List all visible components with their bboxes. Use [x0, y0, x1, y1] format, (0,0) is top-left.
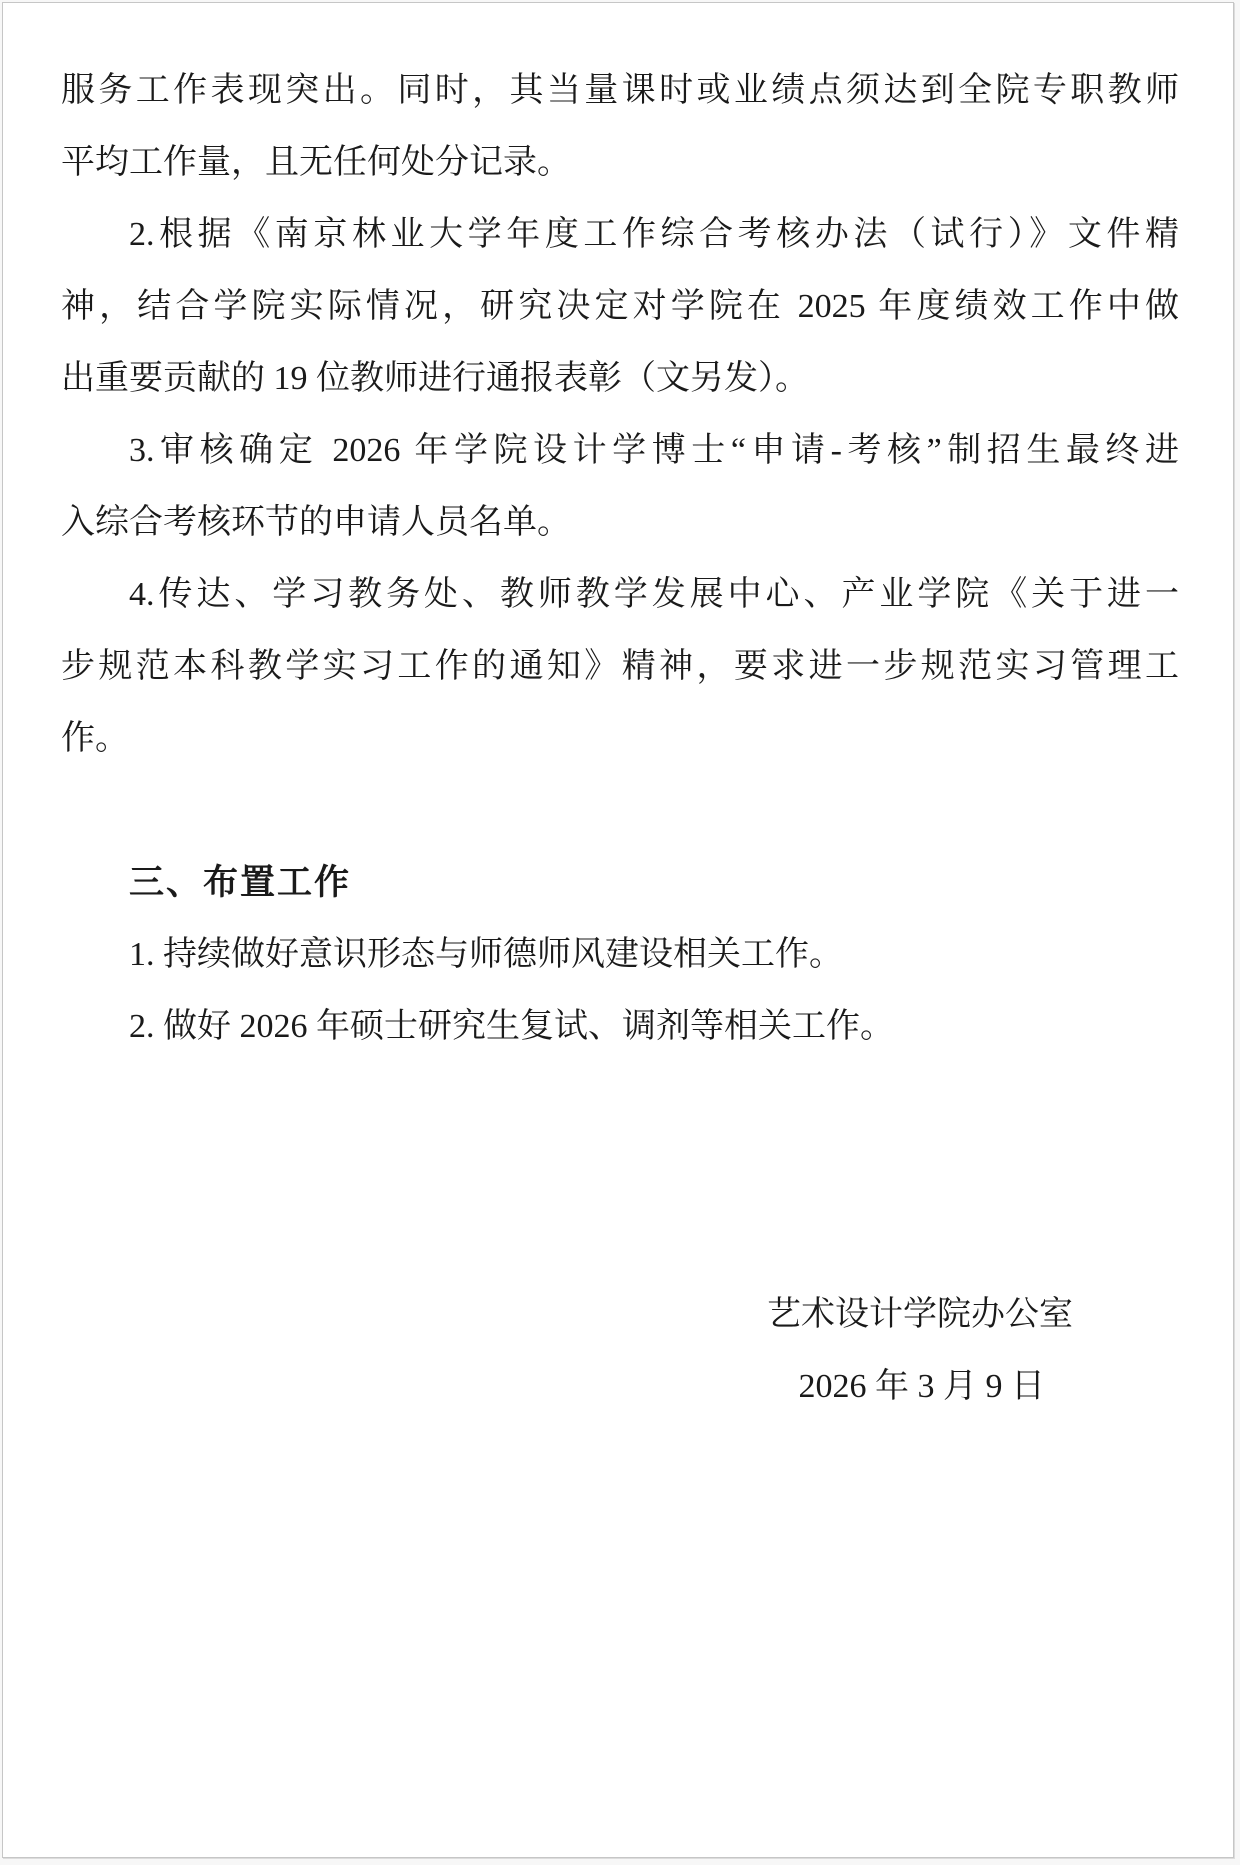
list-item: 2. 做好 2026 年硕士研究生复试、调剂等相关工作。: [61, 991, 1179, 1063]
body-line: 服务工作表现突出。同时，其当量课时或业绩点须达到全院专职教师: [61, 55, 1179, 127]
signature-line: 艺术设计学院办公室: [61, 1279, 1179, 1351]
date-line: 2026 年 3 月 9 日: [61, 1351, 1179, 1423]
document-body: 服务工作表现突出。同时，其当量课时或业绩点须达到全院专职教师 平均工作量，且无任…: [61, 55, 1179, 1423]
body-line: 2.根据《南京林业大学年度工作综合考核办法（试行）》文件精: [61, 199, 1179, 271]
body-line: 步规范本科教学实习工作的通知》精神，要求进一步规范实习管理工: [61, 631, 1179, 703]
body-line: 作。: [61, 703, 1179, 775]
body-line: 神，结合学院实际情况，研究决定对学院在 2025 年度绩效工作中做: [61, 271, 1179, 343]
body-line: 入综合考核环节的申请人员名单。: [61, 487, 1179, 559]
section-heading: 三、布置工作: [61, 847, 1179, 919]
body-line: 4.传达、学习教务处、教师教学发展中心、产业学院《关于进一: [61, 559, 1179, 631]
body-line: 3.审核确定 2026 年学院设计学博士“申请-考核”制招生最终进: [61, 415, 1179, 487]
list-item: 1. 持续做好意识形态与师德师风建设相关工作。: [61, 919, 1179, 991]
body-line: 平均工作量，且无任何处分记录。: [61, 127, 1179, 199]
document-page: 服务工作表现突出。同时，其当量课时或业绩点须达到全院专职教师 平均工作量，且无任…: [2, 2, 1234, 1858]
body-line: 出重要贡献的 19 位教师进行通报表彰（文另发）。: [61, 343, 1179, 415]
